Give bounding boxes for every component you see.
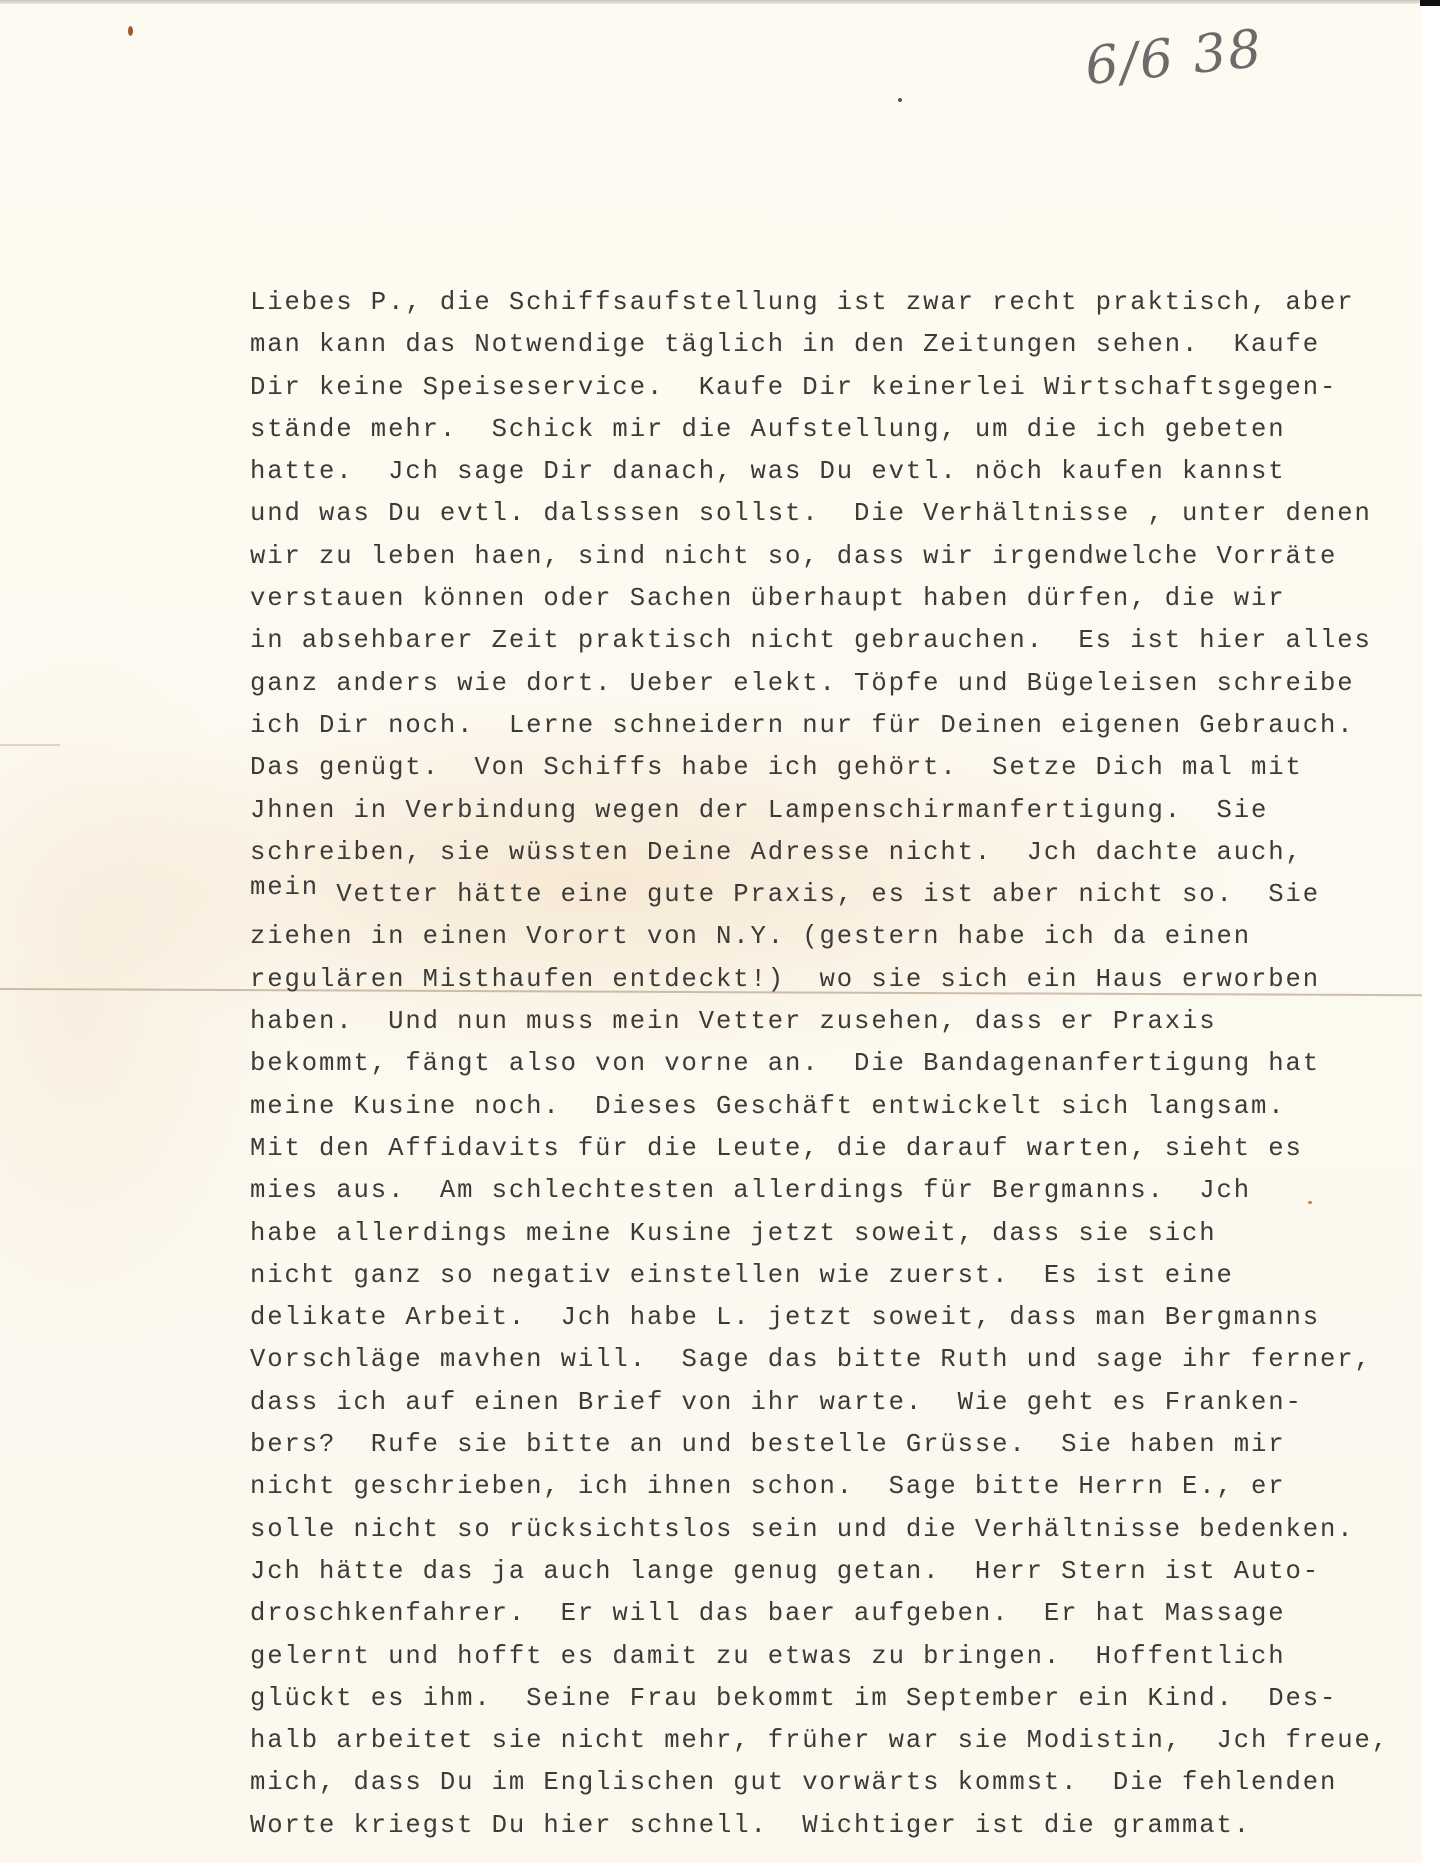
letter-line: stände mehr. Schick mir die Aufstellung,…	[250, 409, 1389, 451]
letter-line: regulären Misthaufen entdeckt!) wo sie s…	[250, 959, 1389, 1001]
letter-line: glückt es ihm. Seine Frau bekommt im Sep…	[250, 1678, 1389, 1720]
letter-line: Worte kriegst Du hier schnell. Wichtiger…	[250, 1805, 1389, 1847]
letter-line: und was Du evtl. dalsssen sollst. Die Ve…	[250, 493, 1389, 535]
letter-line: verstauen können oder Sachen überhaupt h…	[250, 578, 1389, 620]
letter-line: haben. Und nun muss mein Vetter zusehen,…	[250, 1001, 1389, 1043]
letter-line: wir zu leben haen, sind nicht so, dass w…	[250, 536, 1389, 578]
letter-line: bekommt, fängt also von vorne an. Die Ba…	[250, 1043, 1389, 1085]
letter-line: ich Dir noch. Lerne schneidern nur für D…	[250, 705, 1389, 747]
page-top-edge	[0, 0, 1422, 4]
paper-stain	[128, 26, 133, 36]
letter-line: Jhnen in Verbindung wegen der Lampenschi…	[250, 790, 1389, 832]
letter-line: solle nicht so rücksichtslos sein und di…	[250, 1509, 1389, 1551]
letter-line: gelernt und hofft es damit zu etwas zu b…	[250, 1636, 1389, 1678]
letter-line: ganz anders wie dort. Ueber elekt. Töpfe…	[250, 663, 1389, 705]
letter-line: mich, dass Du im Englischen gut vorwärts…	[250, 1762, 1389, 1804]
scan-border	[1420, 0, 1440, 6]
paper-speck	[898, 98, 902, 102]
letter-line: Mit den Affidavits für die Leute, die da…	[250, 1128, 1389, 1170]
letter-line: hatte. Jch sage Dir danach, was Du evtl.…	[250, 451, 1389, 493]
letter-line: dass ich auf einen Brief von ihr warte. …	[250, 1382, 1389, 1424]
letter-line: halb arbeitet sie nicht mehr, früher war…	[250, 1720, 1389, 1762]
letter-line: ziehen in einen Vorort von N.Y. (gestern…	[250, 916, 1389, 958]
handwritten-date: 6/6 38	[1082, 19, 1266, 97]
letter-line: nicht ganz so negativ einstellen wie zue…	[250, 1255, 1389, 1297]
letter-line: meine Kusine noch. Dieses Geschäft entwi…	[250, 1086, 1389, 1128]
letter-line: Jch hätte das ja auch lange genug getan.…	[250, 1551, 1389, 1593]
letter-line: nicht geschrieben, ich ihnen schon. Sage…	[250, 1466, 1389, 1508]
letter-line: Dir keine Speiseservice. Kaufe Dir keine…	[250, 367, 1389, 409]
letter-line: Das genügt. Von Schiffs habe ich gehört.…	[250, 747, 1389, 789]
letter-line: droschkenfahrer. Er will das baer aufgeb…	[250, 1593, 1389, 1635]
letter-line: schreiben, sie wüssten Deine Adresse nic…	[250, 832, 1389, 874]
letter-line: mies aus. Am schlechtesten allerdings fü…	[250, 1170, 1389, 1212]
paper-edge-mark	[0, 744, 60, 746]
letter-line: in absehbarer Zeit praktisch nicht gebra…	[250, 620, 1389, 662]
letter-line: man kann das Notwendige täglich in den Z…	[250, 324, 1389, 366]
letter-body: Liebes P., die Schiffsaufstellung ist zw…	[250, 282, 1389, 1847]
letter-line: Vetter hätte eine gute Praxis, es ist ab…	[250, 874, 1389, 916]
letter-line: delikate Arbeit. Jch habe L. jetzt sowei…	[250, 1297, 1389, 1339]
letter-line: Liebes P., die Schiffsaufstellung ist zw…	[250, 282, 1389, 324]
letter-line: habe allerdings meine Kusine jetzt sowei…	[250, 1213, 1389, 1255]
letter-line: Vorschläge mavhen will. Sage das bitte R…	[250, 1339, 1389, 1381]
letter-page: 6/6 38 mein Liebes P., die Schiffsaufste…	[0, 0, 1422, 1863]
letter-line: bers? Rufe sie bitte an und bestelle Grü…	[250, 1424, 1389, 1466]
